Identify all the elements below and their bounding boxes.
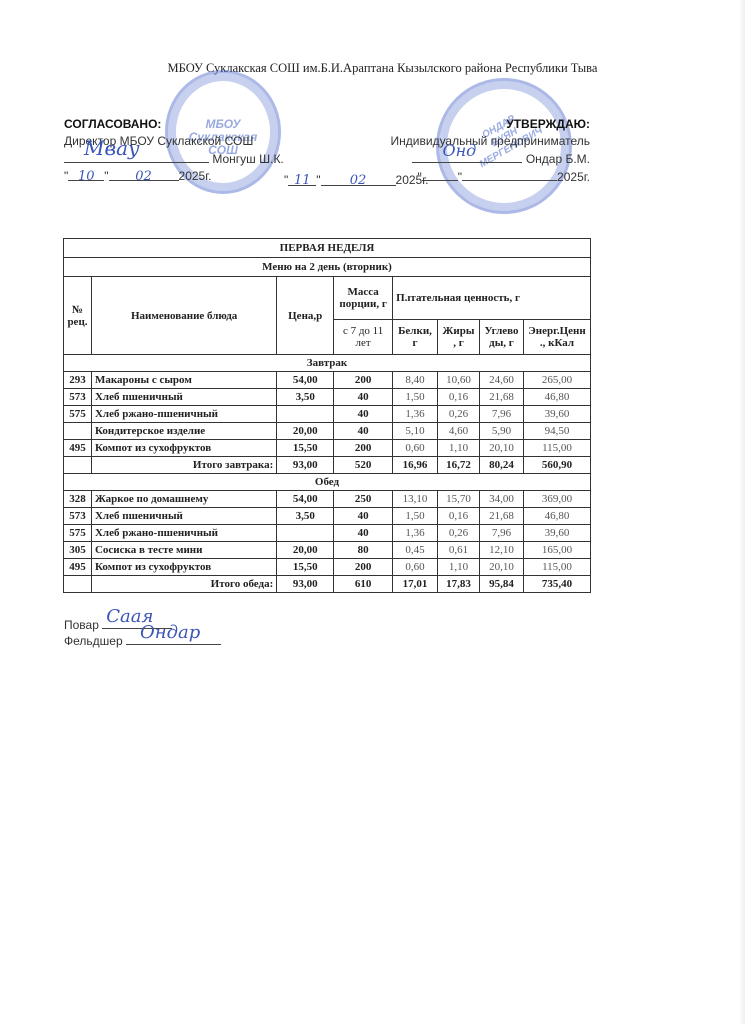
organization-title: МБОУ Суклакская СОШ им.Б.И.Арaптана Кызы…	[0, 61, 745, 76]
total-mass: 610	[334, 576, 393, 593]
cell-price: 15,50	[277, 559, 334, 576]
signature-field: Мвау	[64, 150, 209, 163]
total-price: 93,00	[277, 457, 334, 474]
col-nutrition-header: П.ıтательная ценность, г	[393, 277, 591, 320]
section-row: Обед	[64, 474, 591, 491]
cell-fat: 0,16	[438, 389, 480, 406]
cell-protein: 8,40	[393, 372, 438, 389]
cell-fat: 0,26	[438, 525, 480, 542]
col-mass-header: Масса порции, г	[334, 277, 393, 320]
cell-protein: 1,50	[393, 389, 438, 406]
total-row: Итого обеда:93,0061017,0117,8395,84735,4…	[64, 576, 591, 593]
cell-rec: 305	[64, 542, 92, 559]
cell-name: Сосиска в тесте мини	[91, 542, 276, 559]
entrepreneur-signature-line: Онд Ондар Б.М.	[380, 150, 590, 168]
cell-rec: 573	[64, 508, 92, 525]
total-fat: 16,72	[438, 457, 480, 474]
cell-price: 15,50	[277, 440, 334, 457]
cell-carbs: 34,00	[480, 491, 524, 508]
menu-date: "11"022025г.	[284, 173, 428, 187]
medic-label: Фельдшер	[64, 634, 123, 648]
cell-mass: 250	[334, 491, 393, 508]
cell-carbs: 20,10	[480, 559, 524, 576]
cell-energy: 39,60	[523, 525, 590, 542]
cell-empty	[64, 576, 92, 593]
entrepreneur-position: Индивидуальный предприниматель	[380, 133, 590, 150]
cell-price: 54,00	[277, 491, 334, 508]
cell-mass: 200	[334, 440, 393, 457]
cell-name: Жаркое по домашнему	[91, 491, 276, 508]
table-row: 495Компот из сухофруктов15,502000,601,10…	[64, 440, 591, 457]
cell-fat: 15,70	[438, 491, 480, 508]
cell-price: 3,50	[277, 508, 334, 525]
table-row: 573Хлеб пшеничный3,50401,500,1621,6846,8…	[64, 389, 591, 406]
cell-name: Компот из сухофруктов	[91, 440, 276, 457]
cell-rec: 328	[64, 491, 92, 508]
day-title: Меню на 2 день (вторник)	[64, 258, 591, 277]
left-date-month: 02	[135, 169, 152, 184]
cell-rec: 575	[64, 406, 92, 423]
total-energy: 560,90	[523, 457, 590, 474]
cell-fat: 0,61	[438, 542, 480, 559]
col-fat-header: Жиры , г	[438, 320, 480, 355]
right-date-year: 2025г.	[557, 170, 590, 184]
cell-carbs: 12,10	[480, 542, 524, 559]
cell-energy: 39,60	[523, 406, 590, 423]
table-row: 305Сосиска в тесте мини20,00800,450,6112…	[64, 542, 591, 559]
director-name: Монгуш Ш.К.	[212, 152, 283, 166]
cell-protein: 5,10	[393, 423, 438, 440]
cell-protein: 1,36	[393, 406, 438, 423]
cell-energy: 46,80	[523, 389, 590, 406]
cell-rec: 293	[64, 372, 92, 389]
cell-energy: 369,00	[523, 491, 590, 508]
cell-fat: 4,60	[438, 423, 480, 440]
cell-mass: 40	[334, 389, 393, 406]
col-rec-header: № рец.	[64, 277, 92, 355]
cell-fat: 0,16	[438, 508, 480, 525]
cell-price: 3,50	[277, 389, 334, 406]
total-carbs: 95,84	[480, 576, 524, 593]
table-row: 293Макароны с сыром54,002008,4010,6024,6…	[64, 372, 591, 389]
cell-energy: 265,00	[523, 372, 590, 389]
cell-name: Хлеб пшеничный	[91, 508, 276, 525]
cell-fat: 1,10	[438, 440, 480, 457]
cell-name: Хлеб пшеничный	[91, 389, 276, 406]
cell-rec: 495	[64, 440, 92, 457]
signature-icon-right: Онд	[442, 142, 476, 159]
cell-rec: 575	[64, 525, 92, 542]
scan-edge	[739, 0, 745, 1024]
cell-carbs: 21,68	[480, 389, 524, 406]
cell-carbs: 7,96	[480, 406, 524, 423]
cell-fat: 10,60	[438, 372, 480, 389]
cell-energy: 165,00	[523, 542, 590, 559]
total-protein: 17,01	[393, 576, 438, 593]
cook-label: Повар	[64, 618, 99, 632]
cell-energy: 94,50	[523, 423, 590, 440]
total-carbs: 80,24	[480, 457, 524, 474]
total-protein: 16,96	[393, 457, 438, 474]
medic-signature-icon: Ондар	[140, 622, 200, 643]
medic-signature: Фельдшер Ондар	[64, 632, 221, 648]
cell-carbs: 7,96	[480, 525, 524, 542]
section-row: Завтрак	[64, 355, 591, 372]
cell-mass: 40	[334, 508, 393, 525]
total-row: Итого завтрака:93,0052016,9616,7280,2456…	[64, 457, 591, 474]
col-name-header: Наименование блюда	[91, 277, 276, 355]
cell-rec	[64, 423, 92, 440]
table-row: 575Хлеб ржано-пшеничный401,360,267,9639,…	[64, 525, 591, 542]
cell-rec: 495	[64, 559, 92, 576]
cell-fat: 1,10	[438, 559, 480, 576]
total-price: 93,00	[277, 576, 334, 593]
total-fat: 17,83	[438, 576, 480, 593]
cell-price	[277, 525, 334, 542]
cell-fat: 0,26	[438, 406, 480, 423]
cell-energy: 46,80	[523, 508, 590, 525]
cell-price: 20,00	[277, 542, 334, 559]
cell-rec: 573	[64, 389, 92, 406]
cell-mass: 40	[334, 406, 393, 423]
table-row: Кондитерское изделие20,00405,104,605,909…	[64, 423, 591, 440]
approve-title: УТВЕРЖДАЮ:	[380, 116, 590, 133]
cell-mass: 40	[334, 525, 393, 542]
total-label: Итого завтрака:	[91, 457, 276, 474]
cell-mass: 40	[334, 423, 393, 440]
total-label: Итого обеда:	[91, 576, 276, 593]
organization-name: МБОУ Суклакская СОШ им.Б.И.Арaптана Кызы…	[168, 61, 598, 76]
col-mass-age-header: с 7 до 11 лет	[334, 320, 393, 355]
cell-price: 54,00	[277, 372, 334, 389]
left-date-year: 2025г.	[179, 169, 212, 183]
approved-title: СОГЛАСОВАНО:	[64, 116, 324, 133]
col-carbs-header: Углево ды, г	[480, 320, 524, 355]
cell-mass: 200	[334, 372, 393, 389]
week-title: ПЕРВАЯ НЕДЕЛЯ	[64, 239, 591, 258]
cell-price: 20,00	[277, 423, 334, 440]
table-row: 328Жаркое по домашнему54,0025013,1015,70…	[64, 491, 591, 508]
menu-date-day: 11	[294, 173, 311, 188]
section-title: Обед	[64, 474, 591, 491]
cell-protein: 13,10	[393, 491, 438, 508]
table-row: 575Хлеб ржано-пшеничный401,360,267,9639,…	[64, 406, 591, 423]
cell-protein: 0,45	[393, 542, 438, 559]
total-mass: 520	[334, 457, 393, 474]
signature-field-right: Онд	[412, 150, 522, 163]
left-date-day: 10	[78, 169, 95, 184]
cell-carbs: 5,90	[480, 423, 524, 440]
cell-energy: 115,00	[523, 559, 590, 576]
cell-empty	[64, 457, 92, 474]
entrepreneur-name: Ондар Б.М.	[526, 152, 590, 166]
director-signature-line: Мвау Монгуш Ш.К.	[64, 150, 324, 168]
menu-date-year: 2025г.	[396, 173, 429, 187]
cell-name: Хлеб ржано-пшеничный	[91, 406, 276, 423]
cell-name: Кондитерское изделие	[91, 423, 276, 440]
cell-energy: 115,00	[523, 440, 590, 457]
cell-carbs: 21,68	[480, 508, 524, 525]
cell-mass: 200	[334, 559, 393, 576]
table-row: 495Компот из сухофруктов15,502000,601,10…	[64, 559, 591, 576]
cell-mass: 80	[334, 542, 393, 559]
cell-carbs: 24,60	[480, 372, 524, 389]
signature-icon: Мвау	[84, 140, 140, 157]
cell-carbs: 20,10	[480, 440, 524, 457]
cell-name: Хлеб ржано-пшеничный	[91, 525, 276, 542]
cell-protein: 0,60	[393, 440, 438, 457]
col-energy-header: Энерг.Ценн ., кКал	[523, 320, 590, 355]
menu-date-month: 02	[350, 173, 367, 188]
cell-protein: 0,60	[393, 559, 438, 576]
menu-table: ПЕРВАЯ НЕДЕЛЯ Меню на 2 день (вторник) №…	[63, 238, 591, 593]
cell-protein: 1,50	[393, 508, 438, 525]
table-row: 573Хлеб пшеничный3,50401,500,1621,6846,8…	[64, 508, 591, 525]
section-title: Завтрак	[64, 355, 591, 372]
total-energy: 735,40	[523, 576, 590, 593]
col-protein-header: Белки, г	[393, 320, 438, 355]
cell-name: Компот из сухофруктов	[91, 559, 276, 576]
cell-protein: 1,36	[393, 525, 438, 542]
cell-price	[277, 406, 334, 423]
cell-name: Макароны с сыром	[91, 372, 276, 389]
col-price-header: Цена,р	[277, 277, 334, 355]
